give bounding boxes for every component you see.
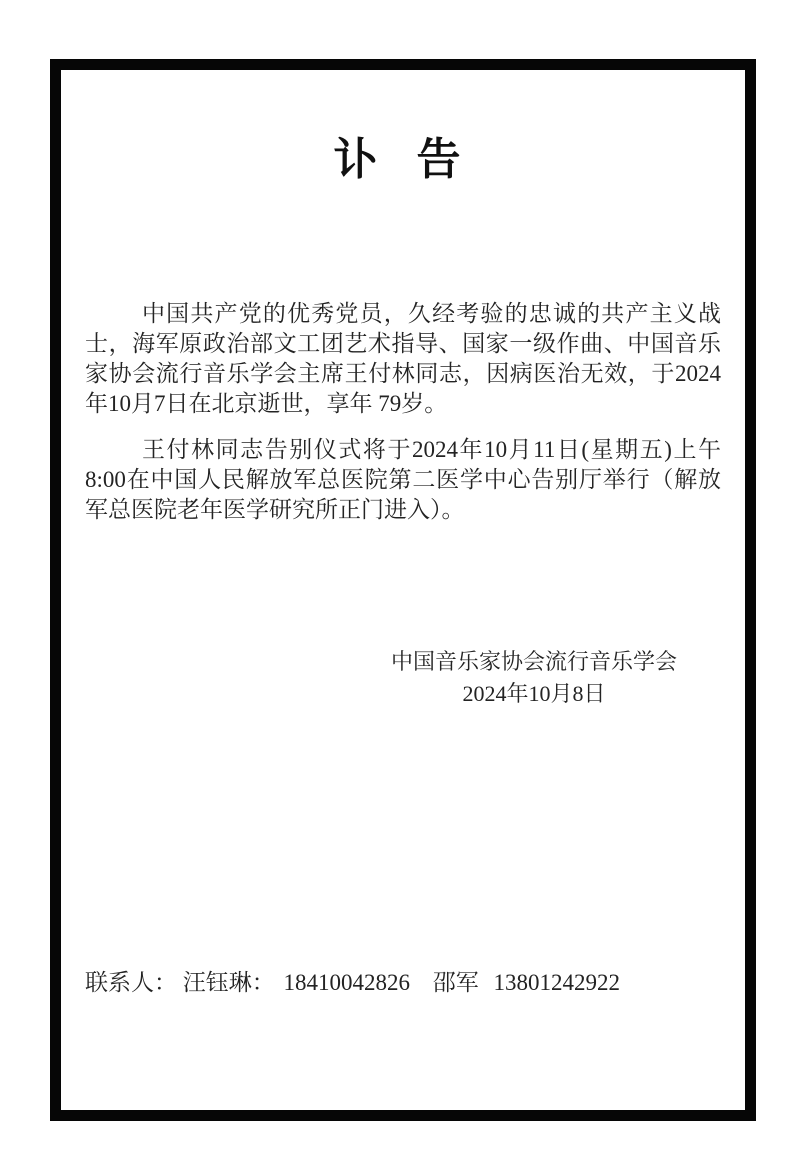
paragraph-deceased-intro: 中国共产党的优秀党员，久经考验的忠诚的共产主义战士，海军原政治部文工团艺术指导、… (85, 299, 721, 419)
page-title: 讣 告 (0, 132, 800, 188)
contact-person-1-phone: 18410042826 (284, 970, 411, 995)
border-frame (50, 59, 756, 1121)
signature-organization: 中国音乐家协会流行音乐学会 (388, 646, 680, 678)
signature-block: 中国音乐家协会流行音乐学会 2024年10月8日 (388, 646, 680, 710)
obituary-document-page: 讣 告 中国共产党的优秀党员，久经考验的忠诚的共产主义战士，海军原政治部文工团艺… (0, 0, 800, 1169)
contact-person-2-phone: 13801242922 (494, 970, 621, 995)
contact-label: 联系人： (85, 970, 177, 995)
paragraph-ceremony-info: 王付林同志告别仪式将于2024年10月11日(星期五)上午8:00在中国人民解放… (85, 435, 721, 525)
contact-line: 联系人： 汪钰琳： 18410042826 邵军 13801242922 (85, 969, 620, 997)
contact-person-1-name: 汪钰琳： (183, 970, 275, 995)
body-text: 中国共产党的优秀党员，久经考验的忠诚的共产主义战士，海军原政治部文工团艺术指导、… (85, 299, 721, 525)
contact-person-2-name: 邵军 (433, 970, 479, 995)
signature-date: 2024年10月8日 (388, 678, 680, 710)
